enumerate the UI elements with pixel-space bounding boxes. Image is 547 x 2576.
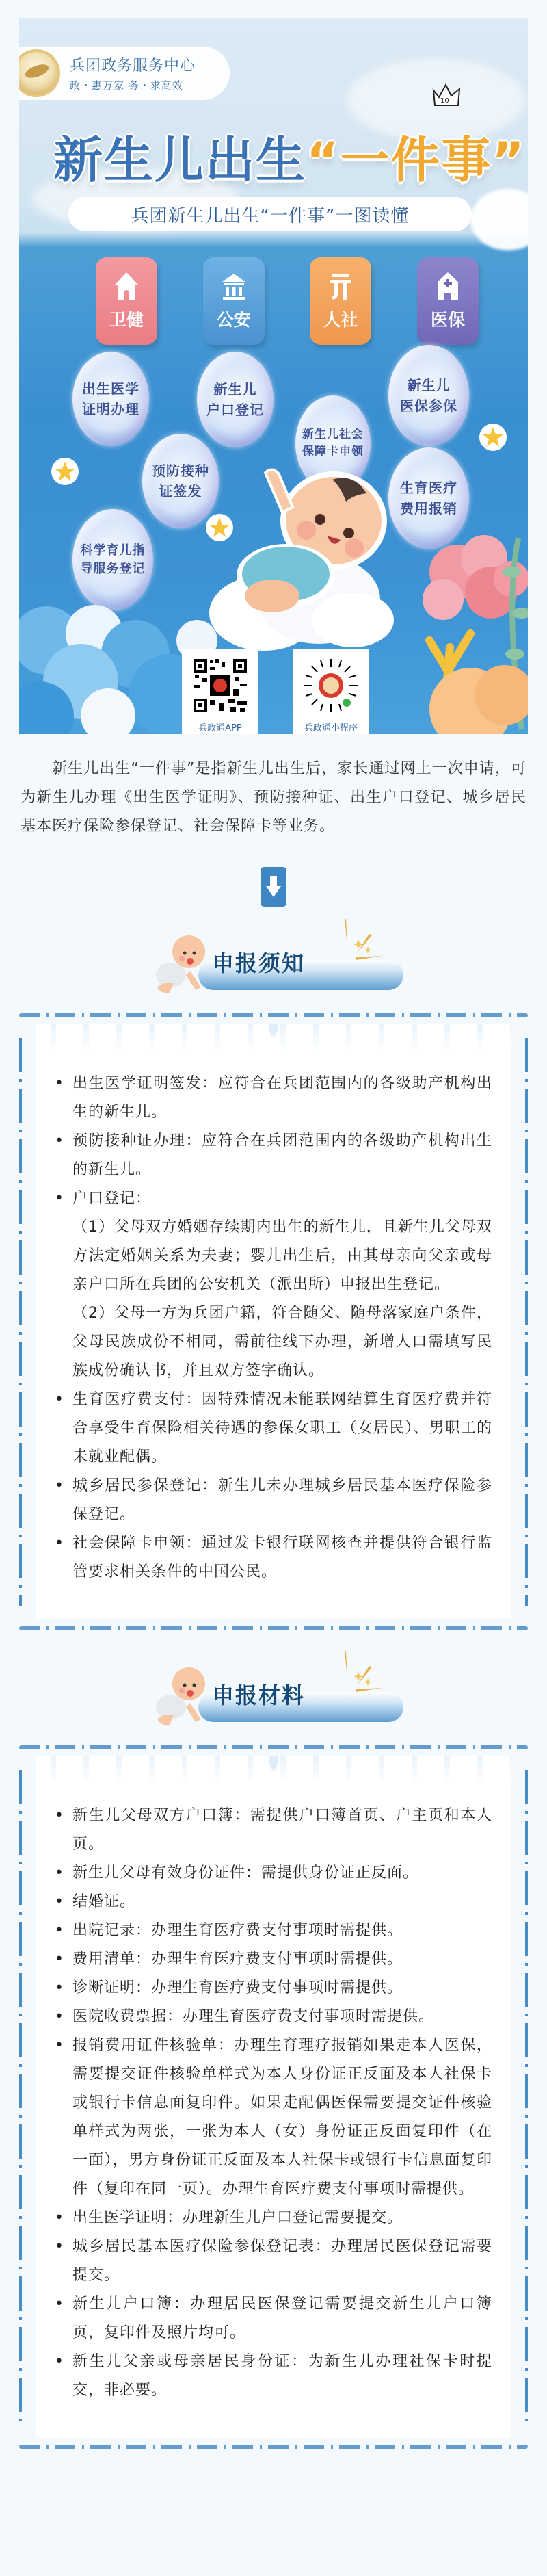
list-item: 生育医疗费支付：因特殊情况未能联网结算生育医疗费并符合享受生育保险相关待遇的参保… [55, 1385, 492, 1472]
stitch-divider [19, 1013, 528, 1017]
brand-badge: 兵团政务服务中心 政・惠万家 务・求高效 [19, 47, 230, 100]
service-line: 保障卡申领 [302, 443, 364, 461]
dept-police: 公安 [203, 257, 265, 345]
svg-text:10: 10 [440, 97, 449, 105]
dept-label: 人社 [323, 307, 358, 331]
materials-list: 新生儿父母双方户口簿：需提供户口簿首页、户主页和本人页。 新生儿父母有效身份证件… [55, 1801, 492, 2405]
stitch-divider [19, 1745, 528, 1749]
service-line: 预防接种 [152, 460, 209, 481]
qr-card-mini-program: 兵政通小程序 [293, 649, 369, 734]
list-item: 费用清单：办理生育医疗费支付事项时需提供。 [55, 1945, 492, 1974]
hero-title-main: 新生儿出生 [53, 131, 306, 189]
baby-illustration [217, 459, 416, 616]
section-title: 申报须知 [212, 946, 305, 978]
list-item: 城乡居民参保登记：新生儿未办理城乡居民基本医疗保险参保登记。 [55, 1472, 492, 1529]
service-line: 证签发 [152, 481, 209, 502]
brand-name: 兵团政务服务中心 [70, 54, 196, 75]
dept-social-security: 人社 [310, 257, 371, 345]
hero-title-highlight: “一件事” [306, 131, 526, 189]
service-bubble-birth-certificate: 出生医学证明办理 [72, 352, 149, 446]
service-line: 科学育儿指 [81, 541, 146, 560]
qr-label: 兵政通小程序 [304, 720, 358, 733]
section-header-materials: 申报材料 [150, 1650, 397, 1732]
dept-label: 医保 [431, 307, 465, 331]
hero-title: 新生儿出生“一件事” [53, 120, 518, 192]
notice-list: 出生医学证明签发：应符合在兵团范围内的各级助产机构出生的新生儿。 预防接种证办理… [55, 1069, 492, 1587]
qr-label: 兵政通APP [198, 720, 242, 733]
qr-code-icon [192, 658, 248, 714]
service-line: 医保参保 [400, 395, 457, 416]
list-subitem: （2）父母一方为兵团户籍，符合随父、随母落家庭户条件，父母民族成份不相同，需前往… [55, 1299, 492, 1385]
medical-house-icon [435, 271, 461, 301]
list-item: 新生儿父母有效身份证件：需提供身份证正反面。 [55, 1859, 492, 1888]
down-arrow-icon [261, 867, 286, 907]
service-line: 新生儿社会 [302, 426, 364, 444]
brand-logo [19, 49, 60, 97]
page: 兵团政务服务中心 政・惠万家 务・求高效 10 新生儿出生“一件事” 兵团新生儿… [0, 18, 547, 2476]
sparkle-icon [342, 918, 390, 963]
service-line: 新生儿 [400, 375, 457, 395]
crawling-baby-icon [150, 1665, 209, 1728]
materials-card: 新生儿父母双方户口簿：需提供户口簿首页、户主页和本人页。 新生儿父母有效身份证件… [19, 1745, 528, 2449]
service-bubble-medical-insurance: 新生儿医保参保 [388, 345, 469, 446]
cloud-decoration [470, 189, 528, 250]
list-item: 户口登记： [55, 1184, 492, 1213]
list-item: 出院记录：办理生育医疗费支付事项时需提供。 [55, 1916, 492, 1945]
list-item: 城乡居民基本医疗保险参保登记表：办理居民医保登记需要提交。 [55, 2233, 492, 2290]
hero-subtitle: 兵团新生儿出生“一件事”一图读懂 [68, 197, 472, 231]
hero-poster: 兵团政务服务中心 政・惠万家 务・求高效 10 新生儿出生“一件事” 兵团新生儿… [19, 18, 528, 734]
list-item: 诊断证明：办理生育医疗费支付事项时需提供。 [55, 1974, 492, 2003]
brand-slogan: 政・惠万家 务・求高效 [70, 78, 196, 92]
list-item: 结婚证。 [55, 1888, 492, 1916]
star-icon [479, 421, 507, 453]
service-line: 户口登记 [206, 400, 264, 420]
qr-card-app: 兵政通APP [182, 649, 258, 734]
dept-health: 卫健 [96, 257, 157, 345]
service-line: 新生儿 [206, 379, 264, 400]
list-item: 医院收费票据：办理生育医疗费支付事项时需提供。 [55, 2003, 492, 2031]
star-icon [51, 456, 79, 487]
courthouse-icon [221, 271, 247, 301]
list-item: 报销费用证件核验单：办理生育理疗报销如果走本人医保，需要提交证件核验单样式为本人… [55, 2031, 492, 2204]
section-header-notice: 申报须知 [150, 918, 397, 1000]
list-item: 新生儿父亲或母亲居民身份证：为新生儿办理社保卡时提交，非必要。 [55, 2347, 492, 2405]
service-bubble-household-registration: 新生儿户口登记 [197, 352, 273, 447]
section-title: 申报材料 [212, 1678, 305, 1710]
list-item: 新生儿户口簿：办理居民医保登记需要提交新生儿户口簿页，复印件及照片均可。 [55, 2290, 492, 2347]
stitch-divider [19, 2445, 528, 2449]
list-item: 预防接种证办理：应符合在兵团范围内的各级助产机构出生的新生儿。 [55, 1127, 492, 1184]
stitch-divider [19, 1626, 528, 1630]
flowers-decoration [402, 524, 528, 734]
gate-icon [328, 271, 353, 301]
intro-paragraph: 新生儿出生“一件事”是指新生儿出生后，家长通过网上一次申请，可为新生儿办理《出生… [0, 734, 547, 841]
department-row: 卫健 公安 人社 医保 [96, 257, 479, 345]
service-line: 出生医学 [82, 378, 139, 399]
dept-label: 卫健 [109, 307, 144, 331]
list-item: 出生医学证明签发：应符合在兵团范围内的各级助产机构出生的新生儿。 [55, 1069, 492, 1127]
dept-medical-insurance: 医保 [417, 257, 479, 345]
hospital-icon [114, 271, 139, 301]
list-item: 出生医学证明：办理新生儿户口登记需要提交。 [55, 2204, 492, 2233]
crawling-baby-icon [150, 933, 209, 996]
crown-icon: 10 [431, 81, 462, 108]
service-line: 导服务登记 [81, 560, 146, 578]
drip-decoration [36, 1756, 511, 1784]
drip-decoration [36, 1024, 511, 1052]
list-subitem: （1）父母双方婚姻存续期内出生的新生儿，且新生儿父母双方法定婚姻关系为夫妻；婴儿… [55, 1213, 492, 1299]
service-bubble-parenting-guidance: 科学育儿指导服务登记 [72, 509, 153, 610]
service-line: 证明办理 [82, 399, 139, 419]
sparkle-icon [342, 1650, 390, 1695]
list-item: 新生儿父母双方户口簿：需提供户口簿首页、户主页和本人页。 [55, 1801, 492, 1859]
mini-program-code-icon [303, 658, 359, 714]
notice-card: 出生医学证明签发：应符合在兵团范围内的各级助产机构出生的新生儿。 预防接种证办理… [19, 1013, 528, 1630]
list-item: 社会保障卡申领：通过发卡银行联网核查并提供符合银行监管要求相关条件的中国公民。 [55, 1529, 492, 1587]
dept-label: 公安 [217, 307, 251, 331]
